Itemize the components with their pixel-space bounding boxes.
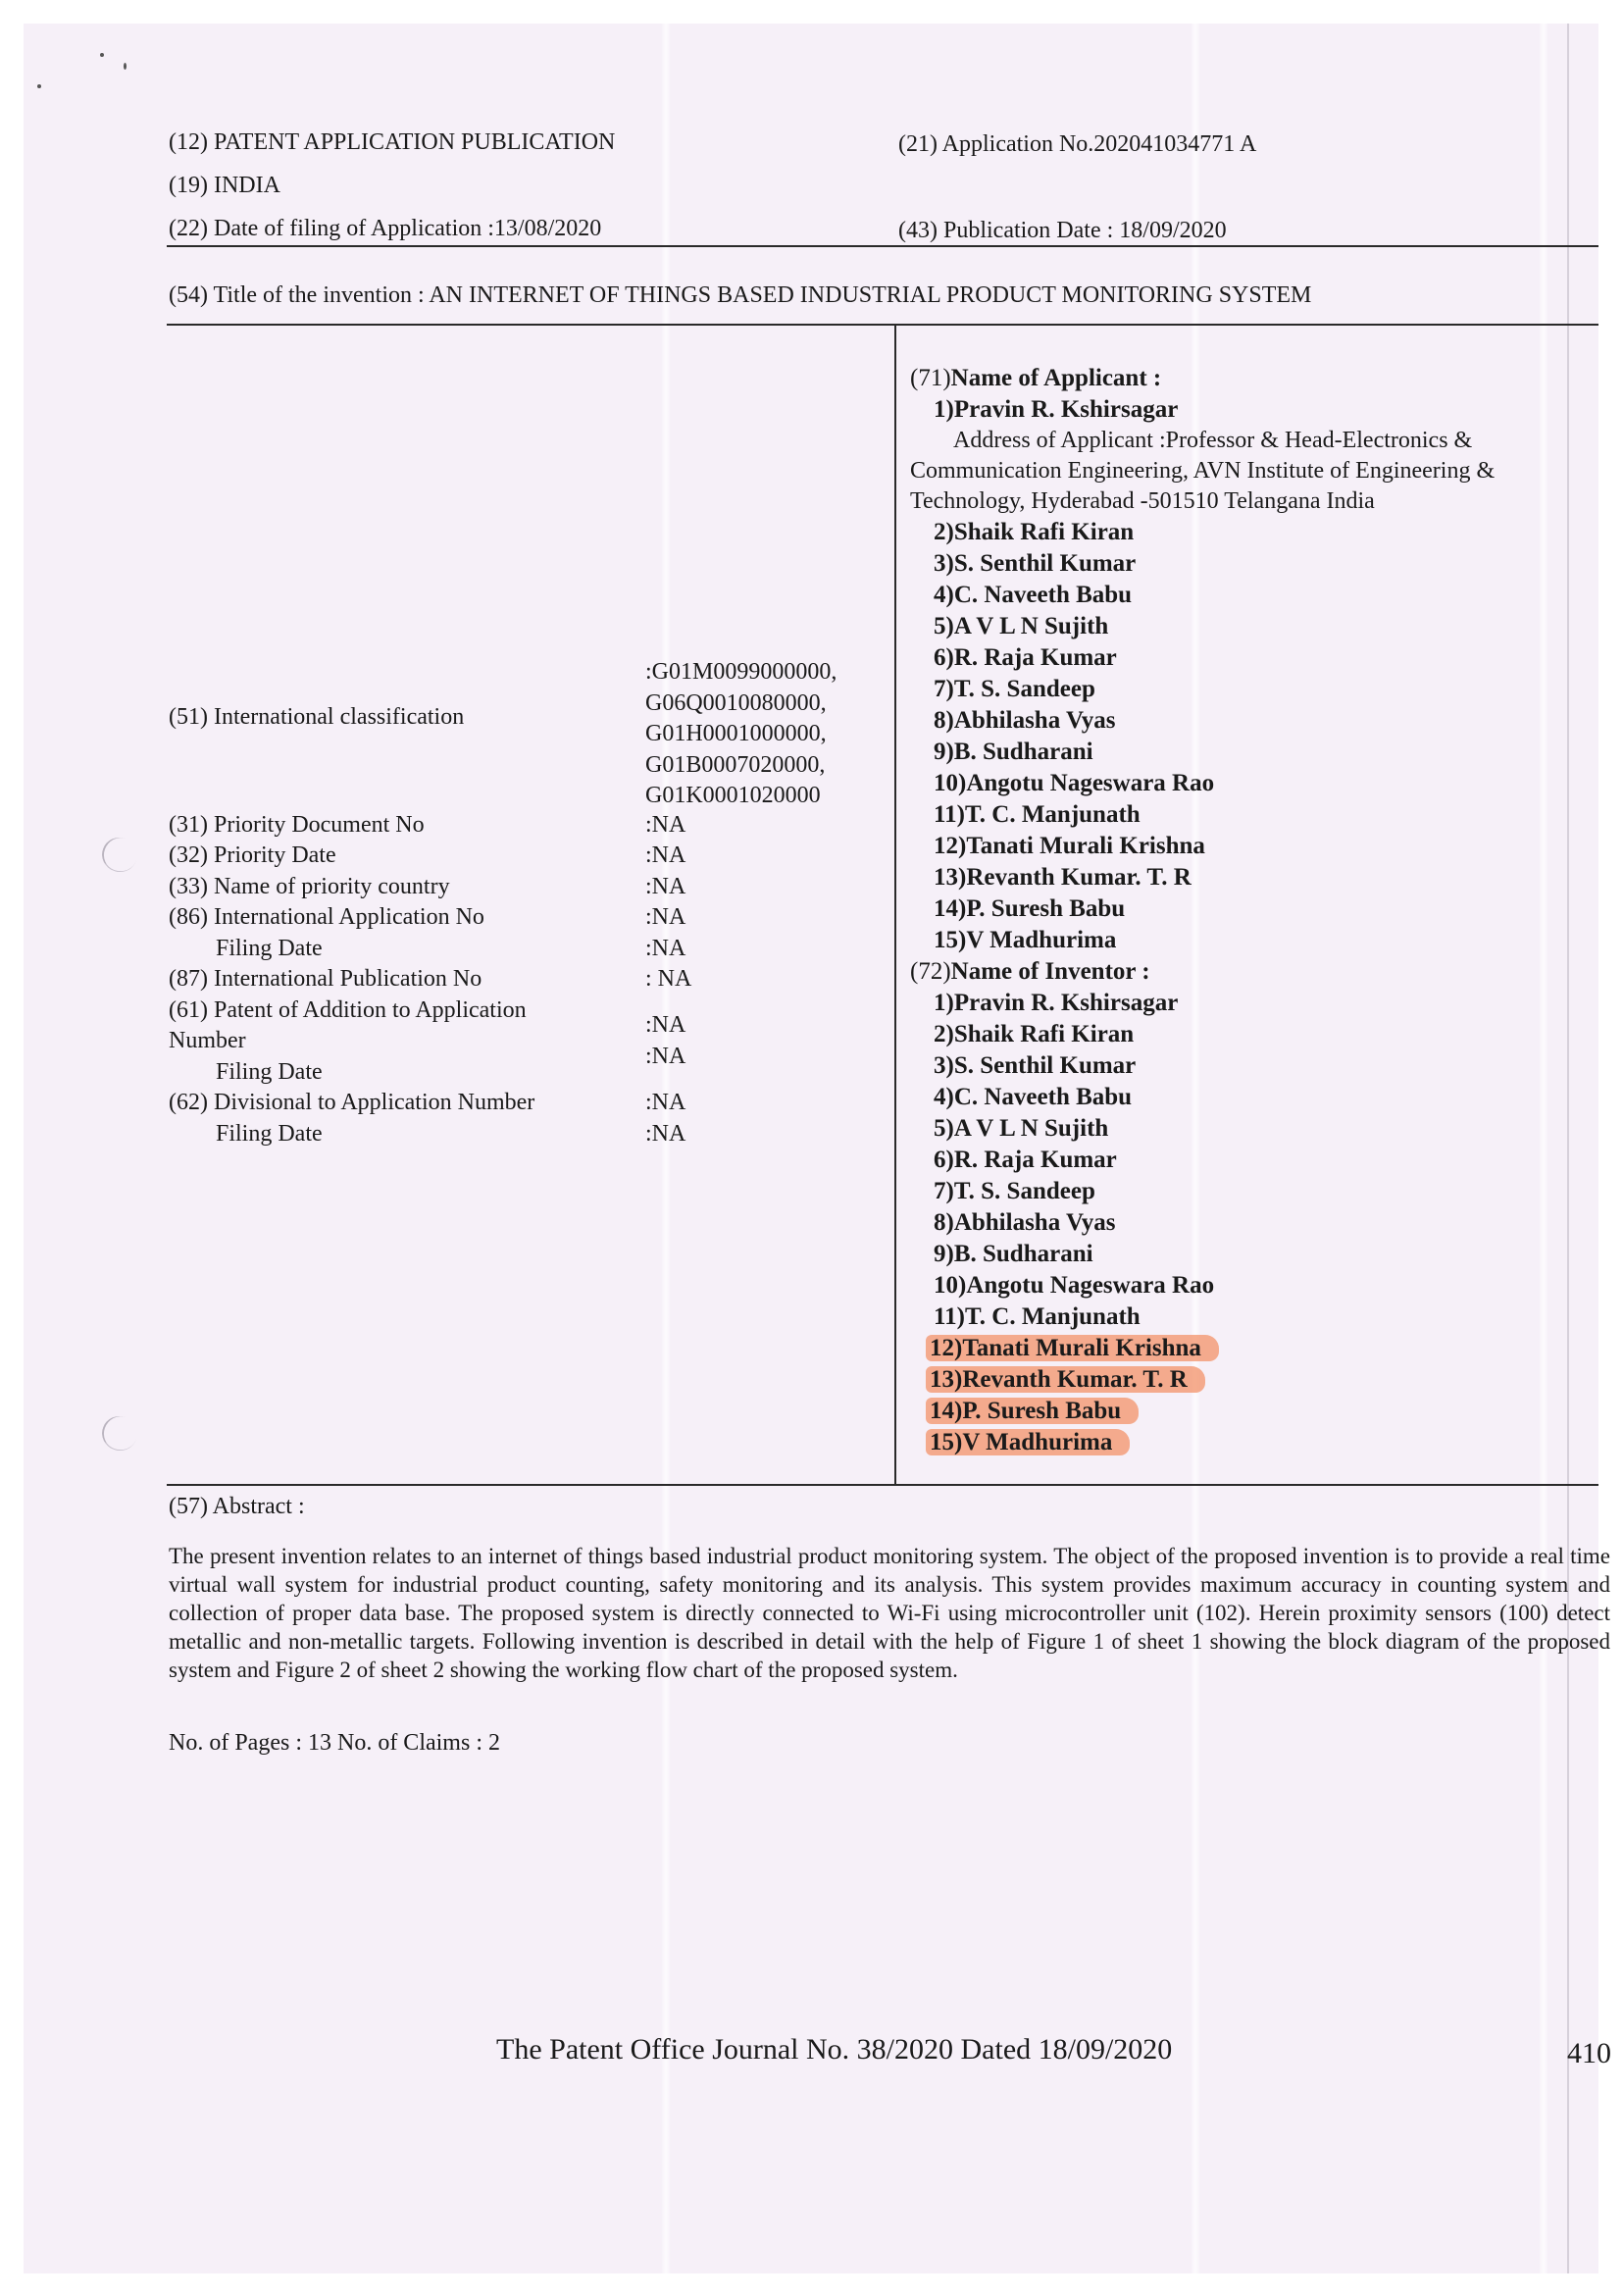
field-value: :NA bbox=[645, 1010, 685, 1042]
applicant-name: 9)B. Sudharani bbox=[910, 737, 1616, 768]
abstract-heading: (57) Abstract : bbox=[169, 1492, 305, 1521]
column-divider bbox=[894, 324, 896, 1485]
scan-speck bbox=[37, 84, 41, 88]
applicant-name: 12)Tanati Murali Krishna bbox=[910, 831, 1616, 862]
field-value: :NA bbox=[645, 1088, 685, 1119]
field-label: Filing Date bbox=[216, 1119, 323, 1150]
field-value: :NA bbox=[645, 810, 685, 842]
inventor-heading: (72)Name of Inventor : bbox=[910, 956, 1616, 988]
highlighted-inventor: 14)P. Suresh Babu bbox=[926, 1398, 1139, 1424]
inventor-name: 12)Tanati Murali Krishna bbox=[910, 1333, 1616, 1364]
applicant-address: Technology, Hyderabad -501510 Telangana … bbox=[910, 486, 1616, 517]
inventor-name: 13)Revanth Kumar. T. R bbox=[910, 1364, 1616, 1396]
divider bbox=[167, 245, 1598, 247]
applicant-list: 2)Shaik Rafi Kiran3)S. Senthil Kumar4)C.… bbox=[910, 517, 1616, 956]
inventor-name: 15)V Madhurima bbox=[910, 1427, 1616, 1458]
inventor-name: 7)T. S. Sandeep bbox=[910, 1176, 1616, 1207]
field-value: :NA bbox=[645, 841, 685, 872]
inventor-name: 1)Pravin R. Kshirsagar bbox=[910, 988, 1616, 1019]
scan-speck bbox=[100, 53, 104, 57]
classification-label: (51) International classification bbox=[169, 702, 464, 734]
ipc-code: G01B0007020000, bbox=[645, 750, 837, 782]
ipc-code: G01H0001000000, bbox=[645, 719, 837, 750]
scanned-patent-page: (12) PATENT APPLICATION PUBLICATION (19)… bbox=[24, 24, 1598, 2273]
applicant-name: 10)Angotu Nageswara Rao bbox=[910, 768, 1616, 799]
applicant-name: 3)S. Senthil Kumar bbox=[910, 548, 1616, 580]
publication-type: (12) PATENT APPLICATION PUBLICATION bbox=[169, 128, 615, 157]
highlighted-inventor: 13)Revanth Kumar. T. R bbox=[926, 1366, 1205, 1393]
inventor-name: 14)P. Suresh Babu bbox=[910, 1396, 1616, 1427]
applicant-name: 8)Abhilasha Vyas bbox=[910, 705, 1616, 737]
field-value: :NA bbox=[645, 872, 685, 903]
field-value: :NA bbox=[645, 934, 685, 965]
applicant-name: 1)Pravin R. Kshirsagar bbox=[910, 394, 1616, 426]
inventor-name: 5)A V L N Sujith bbox=[910, 1113, 1616, 1145]
application-number: (21) Application No.202041034771 A bbox=[898, 129, 1256, 159]
field-label: (62) Divisional to Application Number bbox=[169, 1088, 534, 1119]
applicant-name: 5)A V L N Sujith bbox=[910, 611, 1616, 642]
applicant-address: Address of Applicant :Professor & Head-E… bbox=[910, 426, 1616, 456]
scan-speck bbox=[124, 63, 127, 70]
abstract-text: The present invention relates to an inte… bbox=[169, 1542, 1610, 1684]
field-label: Filing Date bbox=[216, 934, 323, 965]
inventor-name: 11)T. C. Manjunath bbox=[910, 1301, 1616, 1333]
field-value: : NA bbox=[645, 964, 691, 995]
invention-title: (54) Title of the invention : AN INTERNE… bbox=[169, 281, 1311, 310]
inventor-name: 3)S. Senthil Kumar bbox=[910, 1050, 1616, 1082]
applicant-name: 2)Shaik Rafi Kiran bbox=[910, 517, 1616, 548]
inventor-name: 2)Shaik Rafi Kiran bbox=[910, 1019, 1616, 1050]
field-label: (86) International Application No bbox=[169, 902, 484, 934]
inventor-name: 10)Angotu Nageswara Rao bbox=[910, 1270, 1616, 1301]
pages-and-claims: No. of Pages : 13 No. of Claims : 2 bbox=[169, 1728, 500, 1758]
filing-date: (22) Date of filing of Application :13/0… bbox=[169, 214, 601, 243]
field-label: Number bbox=[169, 1026, 246, 1057]
applicant-name: 14)P. Suresh Babu bbox=[910, 893, 1616, 925]
field-value: :NA bbox=[645, 1119, 685, 1150]
inventor-name: 9)B. Sudharani bbox=[910, 1239, 1616, 1270]
abstract-body: The present invention relates to an inte… bbox=[169, 1542, 1610, 1684]
applicant-name: 4)C. Naveeth Babu bbox=[910, 580, 1616, 611]
inventor-list: 1)Pravin R. Kshirsagar2)Shaik Rafi Kiran… bbox=[910, 988, 1616, 1458]
highlighted-inventor: 15)V Madhurima bbox=[926, 1429, 1130, 1455]
field-label: Filing Date bbox=[216, 1057, 323, 1089]
field-label: (33) Name of priority country bbox=[169, 872, 450, 903]
field-label: (32) Priority Date bbox=[169, 841, 336, 872]
publication-date: (43) Publication Date : 18/09/2020 bbox=[898, 216, 1227, 245]
inventor-name: 6)R. Raja Kumar bbox=[910, 1145, 1616, 1176]
punch-hole-mark bbox=[97, 1411, 142, 1455]
highlighted-inventor: 12)Tanati Murali Krishna bbox=[926, 1335, 1219, 1361]
field-label: (87) International Publication No bbox=[169, 964, 482, 995]
applicant-name: 13)Revanth Kumar. T. R bbox=[910, 862, 1616, 893]
applicant-name: 15)V Madhurima bbox=[910, 925, 1616, 956]
inventor-name: 8)Abhilasha Vyas bbox=[910, 1207, 1616, 1239]
field-value: :NA bbox=[645, 1042, 685, 1073]
page-number: 410 bbox=[1567, 2036, 1611, 2071]
field-value: :NA bbox=[645, 902, 685, 934]
applicant-name: 7)T. S. Sandeep bbox=[910, 674, 1616, 705]
inventor-name: 4)C. Naveeth Babu bbox=[910, 1082, 1616, 1113]
punch-hole-mark bbox=[97, 833, 142, 877]
applicant-heading: (71)Name of Applicant : bbox=[910, 363, 1616, 394]
applicant-name: 6)R. Raja Kumar bbox=[910, 642, 1616, 674]
country: (19) INDIA bbox=[169, 171, 280, 200]
classification-codes: :G01M0099000000, G06Q0010080000, G01H000… bbox=[645, 657, 837, 812]
applicant-address: Communication Engineering, AVN Institute… bbox=[910, 456, 1616, 486]
divider bbox=[167, 324, 1598, 326]
ipc-code: :G01M0099000000, bbox=[645, 657, 837, 689]
journal-footer: The Patent Office Journal No. 38/2020 Da… bbox=[496, 2032, 1172, 2067]
applicant-inventor-column: (71)Name of Applicant : 1)Pravin R. Kshi… bbox=[910, 363, 1616, 1458]
field-label: (31) Priority Document No bbox=[169, 810, 425, 842]
divider bbox=[167, 1484, 1598, 1486]
field-label: (61) Patent of Addition to Application bbox=[169, 995, 527, 1027]
applicant-name: 11)T. C. Manjunath bbox=[910, 799, 1616, 831]
ipc-code: G01K0001020000 bbox=[645, 781, 837, 812]
ipc-code: G06Q0010080000, bbox=[645, 689, 837, 720]
